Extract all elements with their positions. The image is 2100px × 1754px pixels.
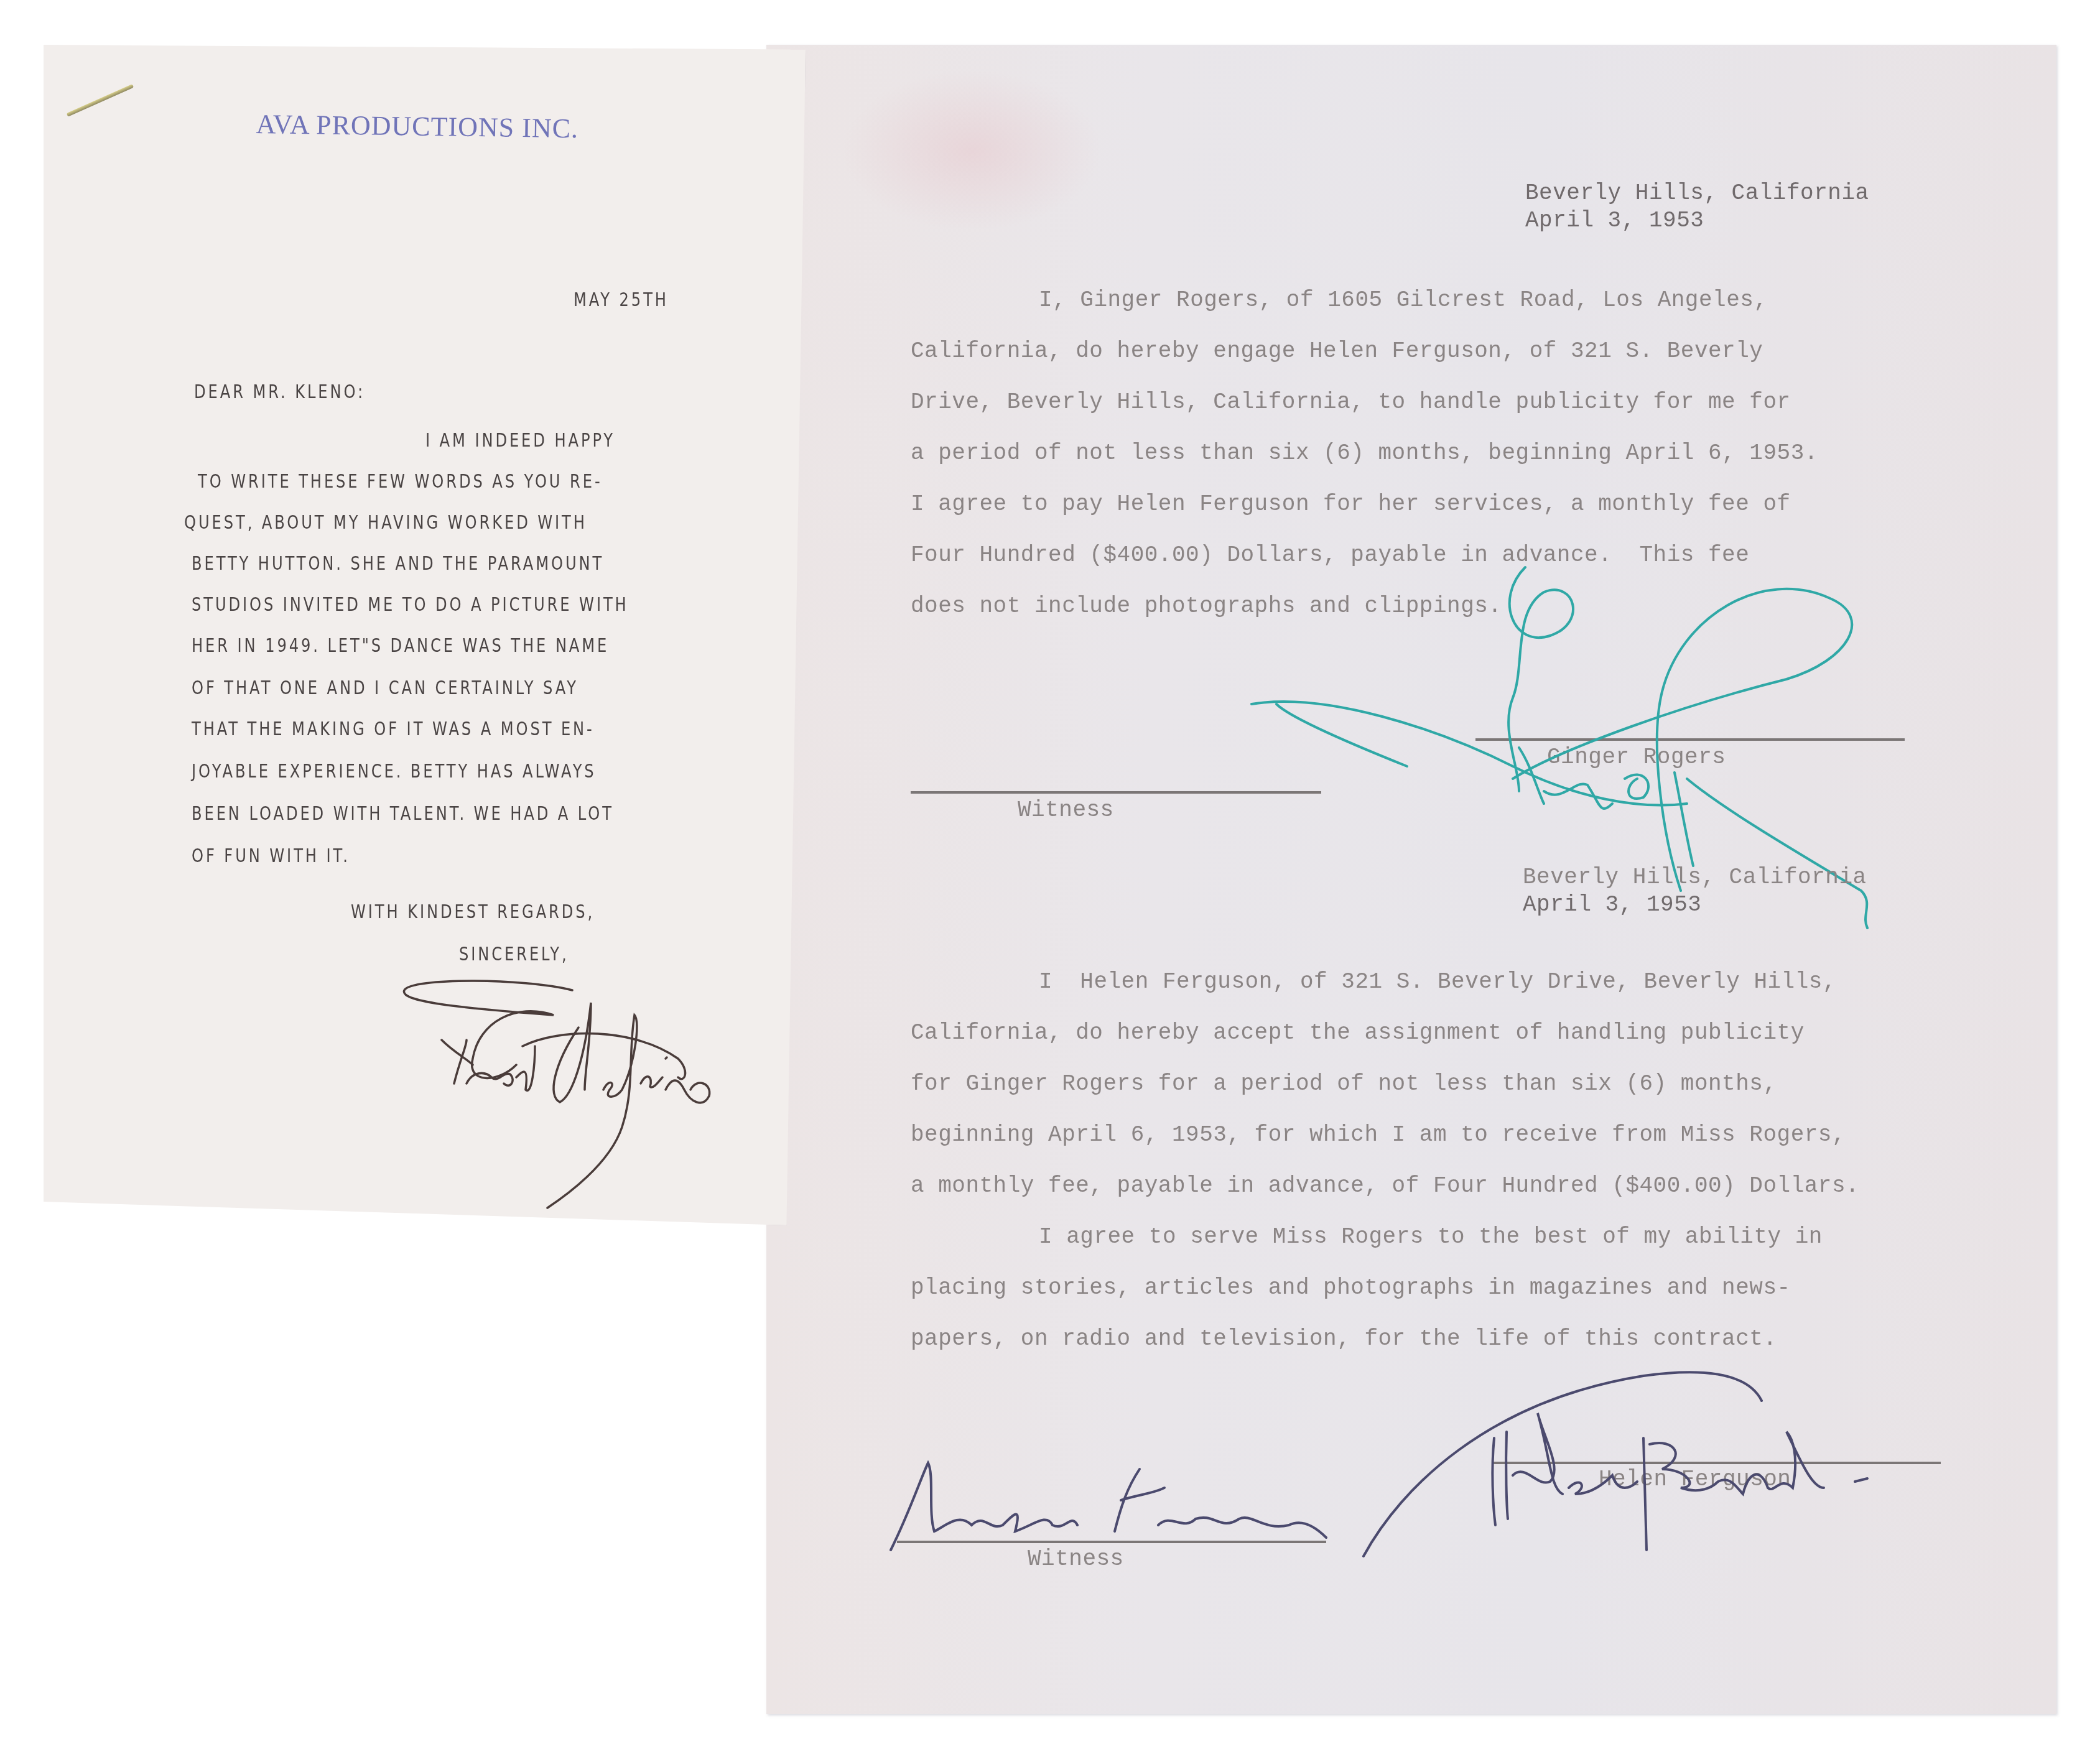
section2-line: I Helen Ferguson, of 321 S. Beverly Driv… (1039, 969, 1836, 995)
section2-line: for Ginger Rogers for a period of not le… (911, 1071, 1777, 1097)
letter-line: JOYABLE EXPERIENCE. BETTY HAS ALWAYS (192, 760, 597, 782)
section2-line: California, do hereby accept the assignm… (911, 1020, 1805, 1046)
section1-line: I agree to pay Helen Ferguson for her se… (911, 491, 1791, 517)
letter-line: OF THAT ONE AND I CAN CERTAINLY SAY (192, 677, 578, 699)
faded-stamp-mark (841, 70, 1102, 231)
section2-line: papers, on radio and television, for the… (911, 1326, 1777, 1352)
fred-astaire-signature (398, 965, 722, 1214)
section1-line: California, do hereby engage Helen Fergu… (911, 338, 1763, 364)
gertrude-fischer-signature (891, 1450, 1388, 1562)
letter-line: I AM INDEED HAPPY (425, 429, 615, 452)
letter-line: QUEST, ABOUT MY HAVING WORKED WITH (184, 511, 587, 534)
letter-salutation: DEAR MR. KLENO: (194, 381, 365, 403)
helen-ferguson-signature (1364, 1363, 1986, 1562)
letter-line: STUDIOS INVITED ME TO DO A PICTURE WITH (192, 593, 629, 616)
astaire-letter-card: AVA PRODUCTIONS INC. MAY 25TH DEAR MR. K… (44, 45, 806, 1225)
section2-line: I agree to serve Miss Rogers to the best… (1039, 1224, 1823, 1250)
section2-line: beginning April 6, 1953, for which I am … (911, 1122, 1846, 1148)
letter-line: OF FUN WITH IT. (192, 845, 350, 867)
section2-date: April 3, 1953 (1523, 892, 1701, 917)
letter-line: THAT THE MAKING OF IT WAS A MOST EN- (192, 718, 595, 740)
letter-line: BEEN LOADED WITH TALENT. WE HAD A LOT (192, 802, 614, 825)
section1-date: April 3, 1953 (1525, 208, 1704, 233)
section1-line: Drive, Beverly Hills, California, to han… (911, 389, 1791, 415)
letter-line: BETTY HUTTON. SHE AND THE PARAMOUNT (192, 552, 604, 575)
section1-place: Beverly Hills, California (1525, 180, 1869, 206)
section1-witness-label: Witness (1018, 797, 1114, 823)
letter-closing-regards: WITH KINDEST REGARDS, (351, 901, 595, 923)
section1-line: a period of not less than six (6) months… (911, 440, 1818, 466)
letter-line: HER IN 1949. LET"S DANCE WAS THE NAME (192, 634, 609, 657)
contract-page: Beverly Hills, California April 3, 1953 … (766, 45, 2056, 1714)
letter-date: MAY 25TH (574, 289, 669, 311)
section1-line: I, Ginger Rogers, of 1605 Gilcrest Road,… (1039, 287, 1768, 313)
letter-closing-sincerely: SINCERELY, (459, 943, 569, 965)
ginger-rogers-signature (1252, 542, 1936, 916)
section2-line: placing stories, articles and photograph… (911, 1275, 1791, 1301)
letterhead: AVA PRODUCTIONS INC. (256, 108, 578, 144)
section2-place: Beverly Hills, California (1523, 865, 1867, 890)
letter-line: TO WRITE THESE FEW WORDS AS YOU RE- (198, 470, 603, 493)
section2-line: a monthly fee, payable in advance, of Fo… (911, 1173, 1859, 1199)
